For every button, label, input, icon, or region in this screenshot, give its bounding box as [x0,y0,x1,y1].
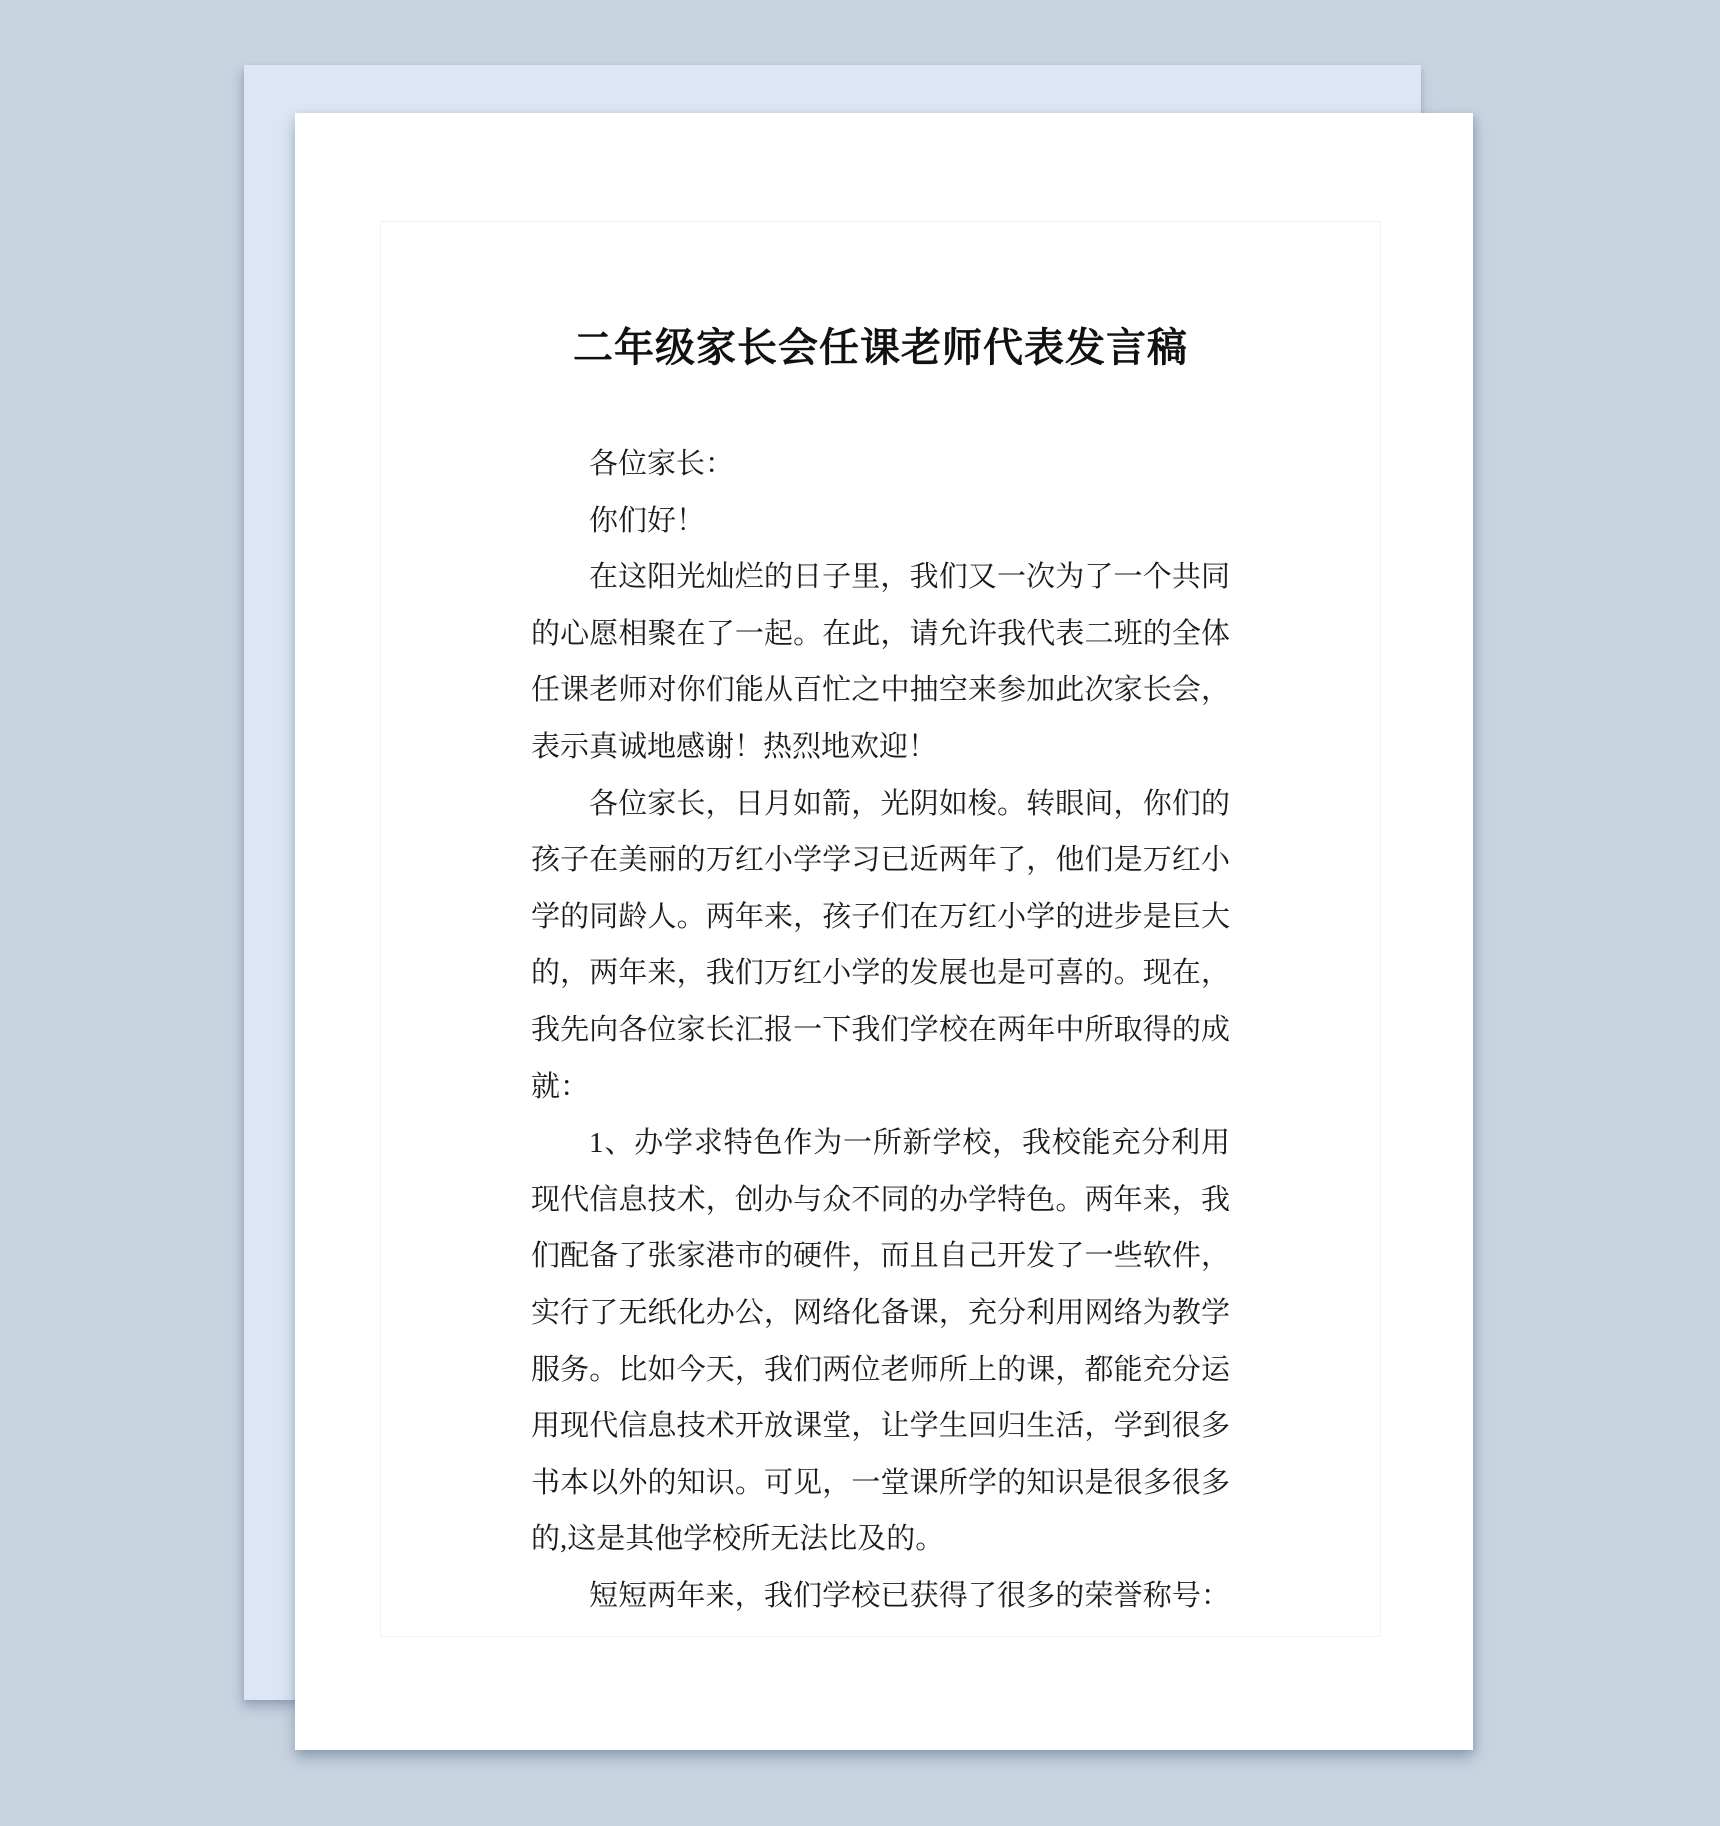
document-title: 二年级家长会任课老师代表发言稿 [381,222,1380,372]
document-paragraph: 你们好！ [531,493,1230,550]
workspace-background: 二年级家长会任课老师代表发言稿 各位家长：你们好！在这阳光灿烂的日子里，我们又一… [0,0,1720,1826]
document-page: 二年级家长会任课老师代表发言稿 各位家长：你们好！在这阳光灿烂的日子里，我们又一… [295,113,1473,1750]
document-content-area: 二年级家长会任课老师代表发言稿 各位家长：你们好！在这阳光灿烂的日子里，我们又一… [380,221,1381,1637]
document-paragraph: 短短两年来，我们学校已获得了很多的荣誉称号：已创建成苏州市教育信息化示范学校、苏… [531,1568,1230,1637]
document-paragraph: 1、办学求特色作为一所新学校，我校能充分利用现代信息技术，创办与众不同的办学特色… [531,1115,1230,1568]
document-paragraph: 各位家长，日月如箭，光阴如梭。转眼间，你们的孩子在美丽的万红小学学习已近两年了，… [531,776,1230,1116]
document-body: 各位家长：你们好！在这阳光灿烂的日子里，我们又一次为了一个共同的心愿相聚在了一起… [531,436,1230,1637]
document-paragraph: 在这阳光灿烂的日子里，我们又一次为了一个共同的心愿相聚在了一起。在此，请允许我代… [531,549,1230,775]
document-paragraph: 各位家长： [531,436,1230,493]
